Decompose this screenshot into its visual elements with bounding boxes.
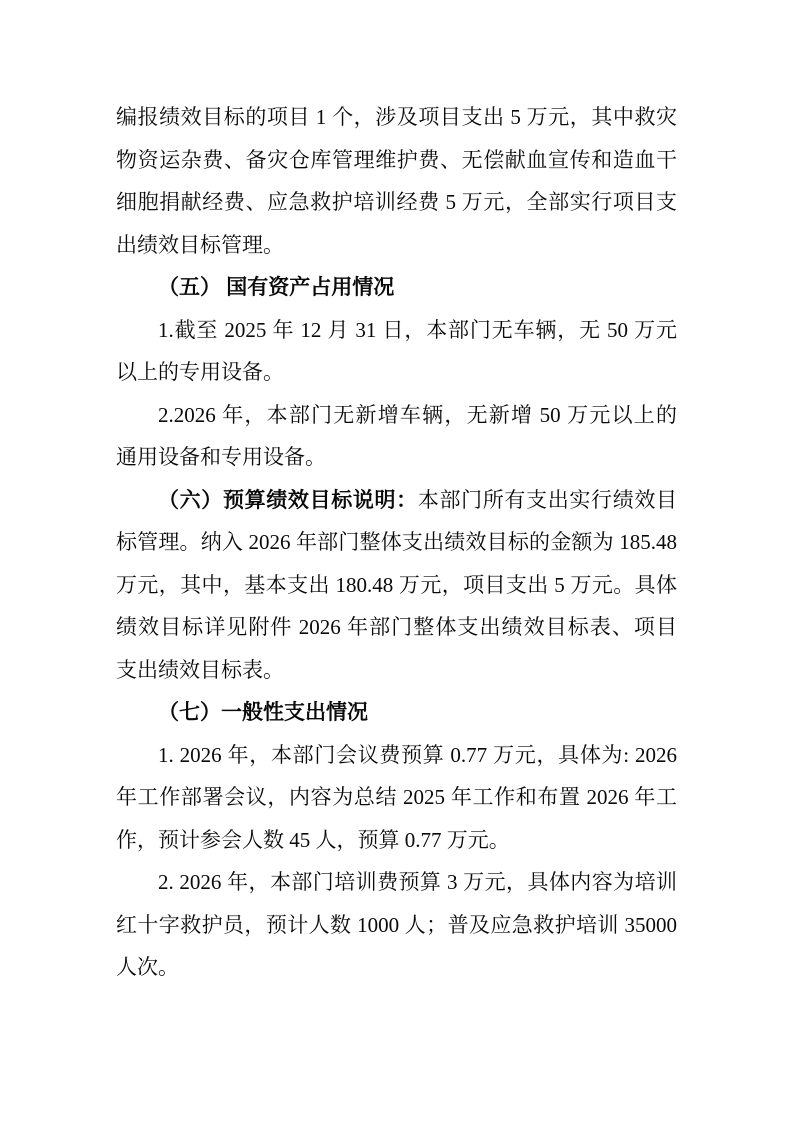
text-line: 绩效目标详见附件 2026 年部门整体支出绩效目标表、项目 — [116, 606, 677, 649]
text-line: 年工作部署会议，内容为总结 2025 年工作和布置 2026 年工 — [116, 776, 677, 819]
text-line: 万元，其中，基本支出 180.48 万元，项目支出 5 万元。具体 — [116, 564, 677, 607]
document-content: 编报绩效目标的项目 1 个，涉及项目支出 5 万元，其中救灾物资运杂费、备灾仓库… — [116, 96, 677, 989]
paragraph: （六）预算绩效目标说明：本部门所有支出实行绩效目标管理。纳入 2026 年部门整… — [116, 479, 677, 692]
document-page: 编报绩效目标的项目 1 个，涉及项目支出 5 万元，其中救灾物资运杂费、备灾仓库… — [0, 0, 793, 1122]
text-line: 2.2026 年，本部门无新增车辆，无新增 50 万元以上的 — [116, 394, 677, 437]
text-line: 出绩效目标管理。 — [116, 224, 677, 267]
text-line: 红十字救护员，预计人数 1000 人；普及应急救护培训 35000 — [116, 904, 677, 947]
text-run: 本部门所有支出实行绩效目 — [418, 488, 677, 512]
text-line: （五） 国有资产占用情况 — [116, 266, 677, 309]
text-line: 人次。 — [116, 946, 677, 989]
text-line: 支出绩效目标表。 — [116, 649, 677, 692]
text-line: 标管理。纳入 2026 年部门整体支出绩效目标的金额为 185.48 — [116, 521, 677, 564]
text-line: 1. 2026 年，本部门会议费预算 0.77 万元，具体为: 2026 — [116, 734, 677, 777]
text-line: （七）一般性支出情况 — [116, 691, 677, 734]
text-line: 2. 2026 年，本部门培训费预算 3 万元，具体内容为培训 — [116, 861, 677, 904]
text-line: 通用设备和专用设备。 — [116, 436, 677, 479]
text-line: 物资运杂费、备灾仓库管理维护费、无偿献血宣传和造血干 — [116, 139, 677, 182]
paragraph: 1.截至 2025 年 12 月 31 日，本部门无车辆，无 50 万元以上的专… — [116, 309, 677, 394]
section-heading: （五） 国有资产占用情况 — [116, 266, 677, 309]
section-heading: （七）一般性支出情况 — [116, 691, 677, 734]
text-line: 细胞捐献经费、应急救护培训经费 5 万元，全部实行项目支 — [116, 181, 677, 224]
text-line: 编报绩效目标的项目 1 个，涉及项目支出 5 万元，其中救灾 — [116, 96, 677, 139]
paragraph: 编报绩效目标的项目 1 个，涉及项目支出 5 万元，其中救灾物资运杂费、备灾仓库… — [116, 96, 677, 266]
bold-lead: （六）预算绩效目标说明： — [158, 488, 418, 512]
text-line: 作，预计参会人数 45 人，预算 0.77 万元。 — [116, 819, 677, 862]
text-line: （六）预算绩效目标说明：本部门所有支出实行绩效目 — [116, 479, 677, 522]
paragraph: 2.2026 年，本部门无新增车辆，无新增 50 万元以上的通用设备和专用设备。 — [116, 394, 677, 479]
paragraph: 1. 2026 年，本部门会议费预算 0.77 万元，具体为: 2026年工作部… — [116, 734, 677, 862]
text-line: 1.截至 2025 年 12 月 31 日，本部门无车辆，无 50 万元 — [116, 309, 677, 352]
paragraph: 2. 2026 年，本部门培训费预算 3 万元，具体内容为培训红十字救护员，预计… — [116, 861, 677, 989]
text-line: 以上的专用设备。 — [116, 351, 677, 394]
